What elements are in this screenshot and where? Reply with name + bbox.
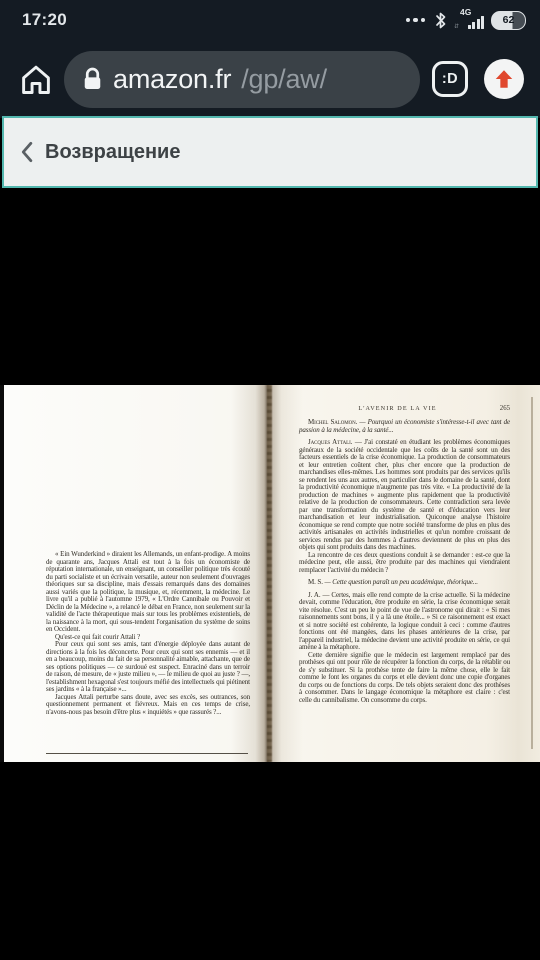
chevron-left-icon — [20, 141, 33, 163]
back-link[interactable]: Возвращение — [2, 116, 538, 188]
book-right-page: L'AVENIR DE LA VIE 265 Michel Salomon. —… — [299, 405, 510, 704]
page-number: 265 — [500, 405, 510, 412]
spoken-text: — Cette question paraît un peu académiqu… — [325, 578, 478, 586]
right-page-edge — [531, 397, 533, 749]
address-bar[interactable]: amazon.fr/gp/aw/ — [64, 51, 420, 108]
cellular-signal-icon: 4G ⇵ — [454, 9, 484, 31]
upload-button[interactable] — [484, 59, 524, 99]
battery-level: 62 — [503, 14, 515, 26]
back-link-label: Возвращение — [45, 141, 180, 164]
spoken-text: — J'ai constaté en étudiant les problème… — [299, 438, 510, 551]
status-bar: 17:20 4G ⇵ 62 — [0, 0, 540, 40]
paragraph: La rencontre de ces deux questions condu… — [299, 552, 510, 575]
url-domain: amazon.fr — [113, 64, 231, 95]
more-dots-icon — [406, 18, 426, 23]
signal-bars — [468, 16, 485, 29]
running-title: L'AVENIR DE LA VIE — [299, 405, 496, 412]
clock: 17:20 — [22, 10, 67, 30]
running-header: L'AVENIR DE LA VIE 265 — [299, 405, 510, 414]
book-left-page: « Ein Wunderkind » diraient les Allemand… — [46, 551, 250, 716]
battery-icon: 62 — [491, 11, 526, 30]
tabs-button[interactable]: :D — [432, 61, 468, 97]
url-path: /gp/aw/ — [241, 64, 327, 95]
paragraph: M. S. — Cette question paraît un peu aca… — [299, 579, 510, 587]
home-icon — [18, 62, 54, 96]
status-icons: 4G ⇵ 62 — [406, 9, 527, 31]
spoken-text: — Certes, mais elle rend compte de la cr… — [299, 591, 510, 652]
home-button[interactable] — [12, 55, 60, 103]
phone-screen: 17:20 4G ⇵ 62 — [0, 0, 540, 960]
book-spine-seam — [267, 385, 272, 762]
up-arrow-icon — [493, 68, 515, 90]
paragraph: Jacques Attali perturbe sans doute, avec… — [46, 694, 250, 717]
paragraph: Jacques Attali. — J'ai constaté en étudi… — [299, 439, 510, 552]
paragraph: Michel Salomon. — Pourquoi un économiste… — [299, 419, 510, 434]
book-photo[interactable]: « Ein Wunderkind » diraient les Allemand… — [0, 385, 540, 762]
paragraph: Pour ceux qui sont ses amis, tant d'éner… — [46, 641, 250, 694]
speaker-name: M. S. — [308, 578, 323, 586]
tabs-smiley-icon: :D — [442, 71, 458, 87]
paragraph: « Ein Wunderkind » diraient les Allemand… — [46, 551, 250, 634]
footnote-rule — [46, 753, 248, 754]
paragraph: Cette dernière signifie que le médecin e… — [299, 652, 510, 705]
webpage-content: Возвращение « Ein Wunderkind » diraient … — [0, 118, 540, 960]
bluetooth-icon — [434, 11, 447, 30]
data-activity-icon: ⇵ — [454, 24, 459, 30]
browser-toolbar: amazon.fr/gp/aw/ :D — [0, 40, 540, 118]
lock-icon — [82, 66, 103, 92]
paragraph: J. A. — Certes, mais elle rend compte de… — [299, 592, 510, 652]
